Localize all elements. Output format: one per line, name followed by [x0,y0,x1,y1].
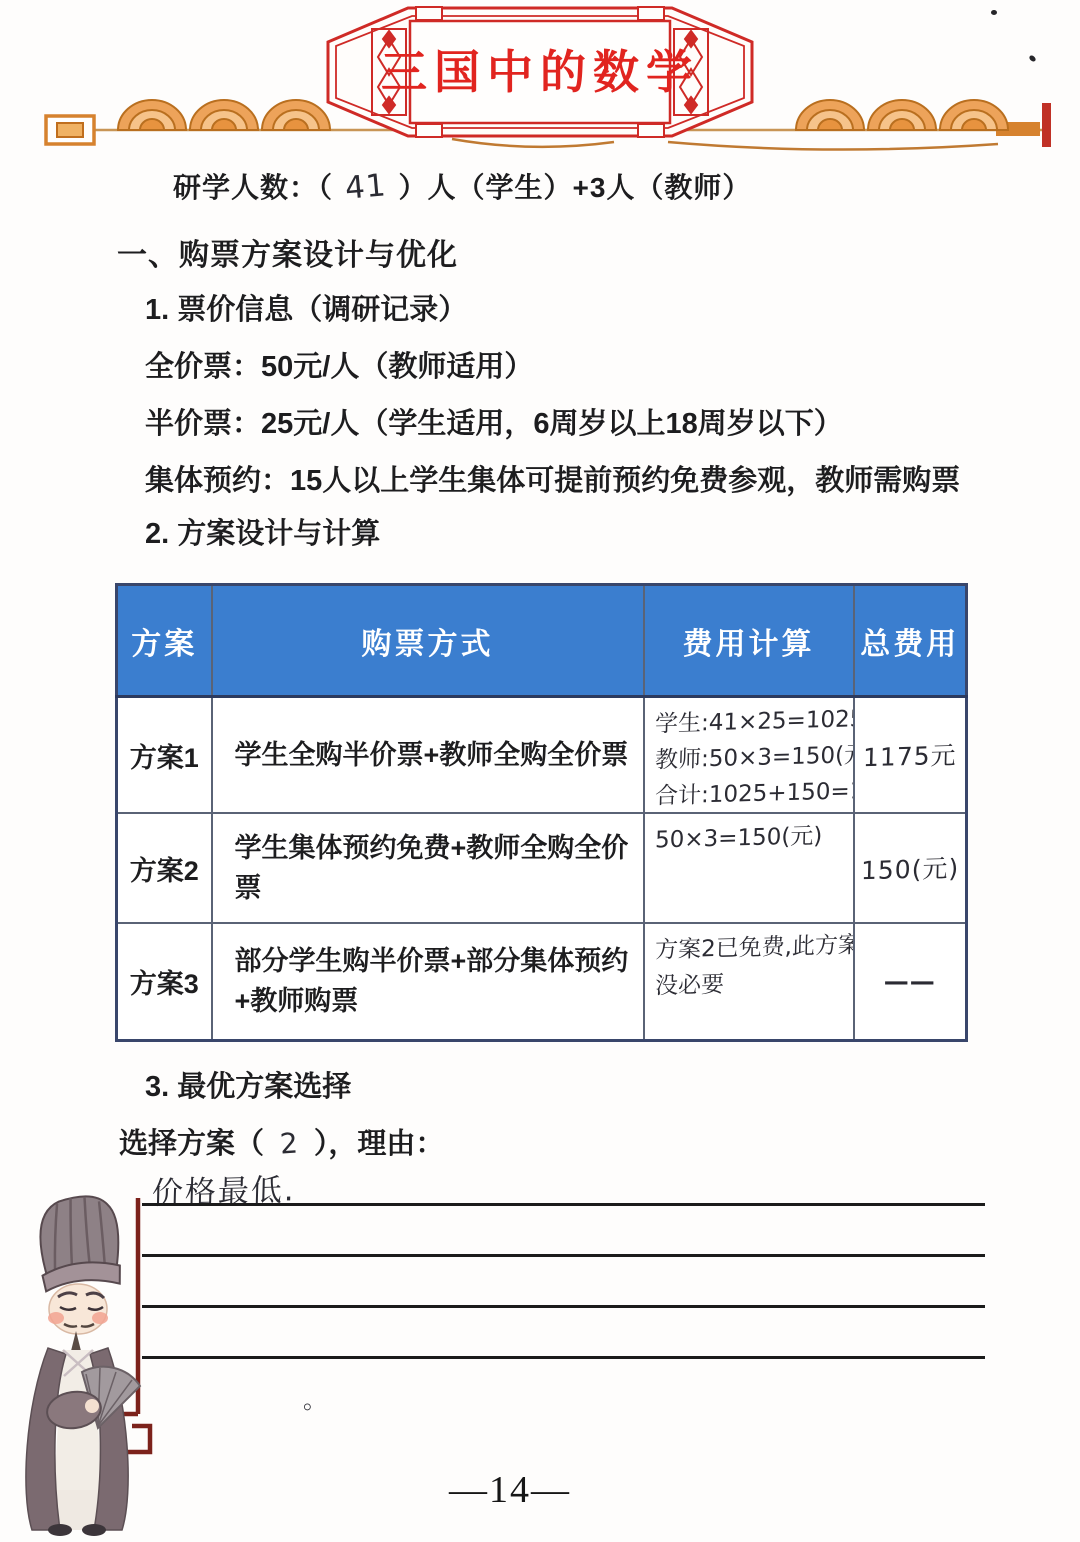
plan1-name: 方案1 [117,697,212,814]
plan1-method-label: 学生全购半价票+教师全购全价票 [235,740,629,770]
plan3-name-label: 方案3 [130,969,199,999]
plan1-calculation: 学生:41×25=1025(元) 教师:50×3=150(元) 合计:1025+… [644,697,854,814]
choice-prefix: 选择方案（ [119,1128,264,1160]
answer-line [142,1305,985,1308]
plan1-calc-line: 教师:50×3=150(元) [654,737,849,778]
best-plan-heading: 3. 最优方案选择 [145,1064,351,1105]
plan1-calc-line: 学生:41×25=1025(元) [654,701,849,742]
table-header-row: 方案 购票方式 费用计算 总费用 [117,585,967,697]
plan-design-heading: 2. 方案设计与计算 [145,511,380,552]
plaque-frame-icon: 三国中的数学 [320,5,760,139]
table-row-plan3: 方案3 部分学生购半价票+部分集体预约+教师购票 方案2已免费,此方案 没必要 … [117,923,967,1040]
plan3-method-label: 部分学生购半价票+部分集体预约+教师购票 [235,946,629,1016]
col-header-total-label: 总费用 [860,628,959,661]
stray-period-mark: 。 [303,1380,327,1415]
plan3-calculation: 方案2已免费,此方案 没必要 [644,923,854,1040]
col-header-plan: 方案 [117,585,212,697]
col-header-method-label: 购票方式 [362,628,494,661]
plan3-calc-line: 方案2已免费,此方案 [654,927,849,968]
plan2-name: 方案2 [117,813,212,923]
plan2-name-label: 方案2 [130,856,199,886]
plan3-calc-line: 没必要 [654,963,849,1004]
plan1-total: 1175元 [854,697,967,814]
section-1-heading: 一、购票方案设计与优化 [117,230,458,274]
ticket-plan-table: 方案 购票方式 费用计算 总费用 方案1 学生全购半价票+教师全购全价票 学生:… [115,583,968,1042]
plan2-total-label: 150(元) [860,849,959,888]
plan3-total-dash: —— [884,967,936,996]
table-row-plan2: 方案2 学生集体预约免费+教师全购全价票 50×3=150(元) 150(元) [117,813,967,923]
plan3-name: 方案3 [117,923,212,1040]
participants-line: 研学人数：（41）人（学生）+3人（教师） [173,166,751,206]
paper-speck [1028,54,1037,62]
participants-suffix: ）人（学生）+3人（教师） [398,172,751,203]
col-header-calc: 费用计算 [644,585,854,697]
table-row-plan1: 方案1 学生全购半价票+教师全购全价票 学生:41×25=1025(元) 教师:… [117,697,967,814]
title-plaque: 三国中的数学 [320,5,760,139]
answer-line [142,1254,985,1257]
plan1-calc-line: 合计:1025+150=1175(元) [654,773,849,813]
answer-line [142,1356,985,1359]
col-header-total: 总费用 [854,585,967,697]
col-header-plan-label: 方案 [131,628,197,661]
col-header-calc-label: 费用计算 [683,628,815,661]
price-info-heading: 1. 票价信息（调研记录） [145,287,467,328]
plan2-calculation: 50×3=150(元) [644,813,854,923]
plan1-total-label: 1175元 [862,736,957,774]
plan2-method: 学生集体预约免费+教师全购全价票 [212,813,644,923]
plan-choice-line: 选择方案（2），理由： [119,1121,444,1162]
plan2-method-label: 学生集体预约免费+教师全购全价票 [235,833,629,903]
participants-count-handwritten: 41 [344,167,388,206]
plan3-method: 部分学生购半价票+部分集体预约+教师购票 [212,923,644,1040]
plan3-total: —— [854,923,967,1040]
page-number: —14— [0,1468,1020,1512]
group-booking-line: 集体预约：15人以上学生集体可提前预约免费参观，教师需购票 [145,458,960,499]
plan1-name-label: 方案1 [130,743,199,773]
paper-speck [991,10,997,15]
worksheet-page: 三国中的数学 研学人数：（41）人（学生）+3人（教师） 一、购票方案设计与优化… [0,0,1080,1542]
plan1-method: 学生全购半价票+教师全购全价票 [212,697,644,814]
choice-handwritten: 2 [279,1126,299,1160]
page-title: 三国中的数学 [381,45,699,99]
plan2-calc-line: 50×3=150(元) [654,817,849,858]
choice-suffix: ），理由： [314,1128,445,1160]
col-header-method: 购票方式 [212,585,644,697]
full-price-line: 全价票：50元/人（教师适用） [145,344,533,385]
participants-prefix: 研学人数：（ [173,172,333,203]
plan2-total: 150(元) [854,813,967,923]
answer-line [142,1203,985,1206]
half-price-line: 半价票：25元/人（学生适用，6周岁以上18周岁以下） [145,401,843,442]
